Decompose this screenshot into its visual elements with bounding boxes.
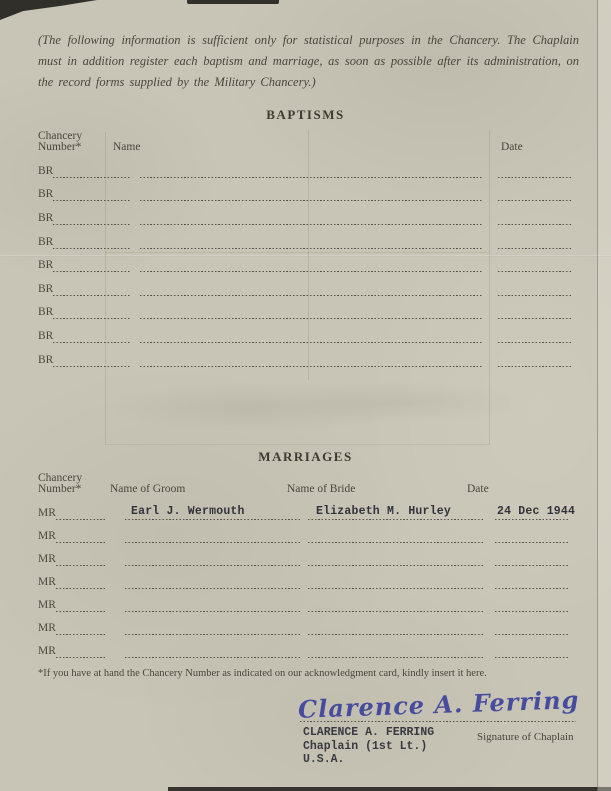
baptism-row: BR [38, 256, 572, 272]
chancery-number-line [53, 303, 130, 319]
row-prefix: BR [38, 258, 53, 272]
scan-bottom-edge-artifact [168, 787, 611, 791]
row-prefix: MR [38, 506, 56, 520]
chancery-number-field[interactable]: MR [38, 527, 107, 543]
bride-name-field[interactable] [308, 619, 485, 635]
chancery-number-field[interactable]: MR [38, 504, 107, 520]
baptism-row: BR [38, 327, 572, 343]
marriages-groom-header: Name of Groom [110, 484, 185, 495]
baptism-row: BR [38, 185, 572, 201]
date-field[interactable] [495, 642, 570, 658]
baptism-row: BR [38, 233, 572, 249]
typed-signature-block: CLARENCE A. FERRING Chaplain (1st Lt.) U… [303, 726, 434, 767]
date-field[interactable] [498, 303, 572, 319]
date-field[interactable] [495, 619, 570, 635]
bleedthrough-smudge [90, 380, 510, 435]
chancery-number-footnote: *If you have at hand the Chancery Number… [38, 668, 578, 679]
chancery-number-line [53, 327, 130, 343]
groom-name-field[interactable]: Earl J. Wermouth [125, 504, 300, 520]
chancery-number-line [56, 527, 107, 543]
baptisms-chancery-number-header: Chancery Number* [38, 131, 82, 153]
row-prefix: BR [38, 329, 53, 343]
chancery-number-field[interactable]: BR [38, 280, 130, 296]
name-field[interactable] [140, 351, 483, 367]
row-prefix: BR [38, 305, 53, 319]
baptism-row: BR [38, 280, 572, 296]
name-field[interactable] [140, 280, 483, 296]
chancery-number-line [56, 550, 107, 566]
name-field[interactable] [140, 233, 483, 249]
bride-name-field[interactable] [308, 550, 485, 566]
signature-of-chaplain-label: Signature of Chaplain [477, 731, 574, 743]
chancery-number-field[interactable]: BR [38, 162, 130, 178]
chancery-number-line [53, 280, 130, 296]
bride-name-field[interactable] [308, 573, 485, 589]
row-prefix: BR [38, 235, 53, 249]
row-prefix: BR [38, 164, 53, 178]
marriage-row: MR [38, 573, 570, 589]
row-prefix: BR [38, 353, 53, 367]
row-prefix: BR [38, 282, 53, 296]
bleedthrough-line [105, 444, 489, 445]
date-field[interactable] [495, 573, 570, 589]
baptism-row: BR [38, 162, 572, 178]
chancery-number-line [56, 619, 107, 635]
groom-name-field[interactable] [125, 527, 300, 543]
baptisms-date-header: Date [501, 142, 523, 153]
chancery-number-field[interactable]: BR [38, 303, 130, 319]
marriage-row: MR [38, 619, 570, 635]
marriage-row: MR [38, 642, 570, 658]
chancery-number-line [53, 209, 130, 225]
row-prefix: BR [38, 211, 53, 225]
date-field[interactable] [498, 162, 572, 178]
groom-name-field[interactable] [125, 642, 300, 658]
bleedthrough-line [105, 252, 489, 253]
scan-corner-artifact [0, 0, 97, 20]
date-field[interactable] [498, 327, 572, 343]
chancery-number-field[interactable]: MR [38, 642, 107, 658]
chancery-number-line [56, 573, 107, 589]
groom-name-field[interactable] [125, 573, 300, 589]
chancery-number-field[interactable]: BR [38, 327, 130, 343]
row-prefix: MR [38, 644, 56, 658]
baptism-row: BR [38, 303, 572, 319]
chancery-number-field[interactable]: BR [38, 351, 130, 367]
baptisms-title: BAPTISMS [0, 107, 611, 123]
chancery-number-field[interactable]: BR [38, 256, 130, 272]
name-field[interactable] [140, 303, 483, 319]
date-field[interactable] [495, 596, 570, 612]
name-field[interactable] [140, 209, 483, 225]
chancery-number-line [53, 162, 130, 178]
scan-top-edge-artifact [187, 0, 279, 4]
chancery-number-field[interactable]: MR [38, 550, 107, 566]
bride-name-field[interactable] [308, 642, 485, 658]
date-field[interactable]: 24 Dec 1944 [495, 504, 570, 520]
chancery-number-line [53, 185, 130, 201]
date-field[interactable] [498, 233, 572, 249]
groom-name-field[interactable] [125, 550, 300, 566]
row-prefix: MR [38, 529, 56, 543]
marriage-row: MR [38, 550, 570, 566]
date-field[interactable] [498, 185, 572, 201]
chancery-number-line [56, 596, 107, 612]
row-prefix: MR [38, 575, 56, 589]
chancery-number-line [53, 233, 130, 249]
row-prefix: MR [38, 621, 56, 635]
chancery-number-line [53, 351, 130, 367]
row-prefix: MR [38, 552, 56, 566]
marriage-row: MR Earl J. Wermouth Elizabeth M. Hurley … [38, 504, 570, 520]
baptism-row: BR [38, 351, 572, 367]
marriages-date-header: Date [467, 484, 489, 495]
bride-name-field[interactable] [308, 527, 485, 543]
chancery-number-line [53, 256, 130, 272]
name-field[interactable] [140, 256, 483, 272]
marriage-row: MR [38, 527, 570, 543]
chancery-number-line [56, 642, 107, 658]
name-field[interactable] [140, 327, 483, 343]
bride-name-field[interactable] [308, 596, 485, 612]
chancery-number-field[interactable]: BR [38, 233, 130, 249]
groom-name-field[interactable] [125, 619, 300, 635]
date-field[interactable] [498, 351, 572, 367]
date-field[interactable] [498, 209, 572, 225]
chancery-number-field[interactable]: BR [38, 185, 130, 201]
name-field[interactable] [140, 185, 483, 201]
chancery-number-field[interactable]: BR [38, 209, 130, 225]
baptism-row: BR [38, 209, 572, 225]
chancery-number-field[interactable]: MR [38, 573, 107, 589]
baptisms-name-header: Name [113, 142, 140, 153]
chancery-number-field[interactable]: MR [38, 619, 107, 635]
date-field[interactable] [495, 550, 570, 566]
date-field[interactable] [498, 256, 572, 272]
groom-name-field[interactable] [125, 596, 300, 612]
bride-name-field[interactable]: Elizabeth M. Hurley [308, 504, 485, 520]
name-field[interactable] [140, 162, 483, 178]
chancery-number-line [56, 504, 107, 520]
marriages-title: MARRIAGES [0, 449, 611, 465]
marriages-chancery-number-header: Chancery Number* [38, 473, 82, 495]
row-prefix: MR [38, 598, 56, 612]
date-field[interactable] [495, 527, 570, 543]
marriage-row: MR [38, 596, 570, 612]
scanned-form-page: (The following information is sufficient… [0, 0, 611, 791]
intro-paragraph: (The following information is sufficient… [38, 30, 579, 93]
date-field[interactable] [498, 280, 572, 296]
marriages-bride-header: Name of Bride [287, 484, 355, 495]
chancery-number-field[interactable]: MR [38, 596, 107, 612]
row-prefix: BR [38, 187, 53, 201]
